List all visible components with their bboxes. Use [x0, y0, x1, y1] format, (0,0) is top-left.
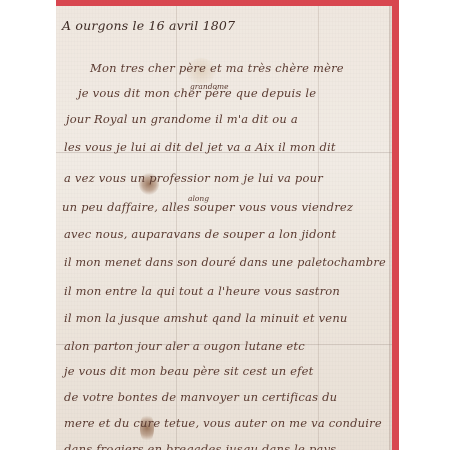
place-date-line: A ourgons le 16 avril 1807: [62, 18, 235, 33]
letter-line: avec nous, auparavans de souper a lon ji…: [64, 227, 336, 241]
letter-line: il mon la jusque amshut qand la minuit e…: [64, 311, 348, 325]
letter-line: Mon tres cher père et ma très chère mère: [90, 61, 344, 75]
letter-line: il mon entre la qui tout a l'heure vous …: [64, 284, 340, 298]
letter-line: a vez vous un professior nom je lui va p…: [64, 171, 323, 185]
letter-line: les vous je lui ai dit del jet va a Aix …: [64, 140, 336, 154]
letter-line: il mon menet dans son douré dans une pal…: [64, 255, 386, 269]
letter-line: dans frogiers en bregades jusqu dans le …: [64, 442, 336, 450]
letter-paper: A ourgons le 16 avril 1807 grandome alon…: [56, 6, 392, 450]
letter-line: un peu daffaire, alles souper vous vous …: [62, 200, 353, 214]
letter-line: jour Royal un grandome il m'a dit ou a: [66, 112, 298, 126]
letter-line: de votre bontes de manvoyer un certifica…: [64, 390, 337, 404]
letter-line: mere et du cure tetue, vous auter on me …: [64, 416, 382, 430]
letter-line: alon parton jour aler a ougon lutane etc: [64, 339, 305, 353]
letter-line: je vous dit mon beau père sit cest un ef…: [64, 364, 313, 378]
paper-edge: [389, 6, 392, 450]
letter-line: je vous dit mon cher père que depuis le: [78, 86, 316, 100]
